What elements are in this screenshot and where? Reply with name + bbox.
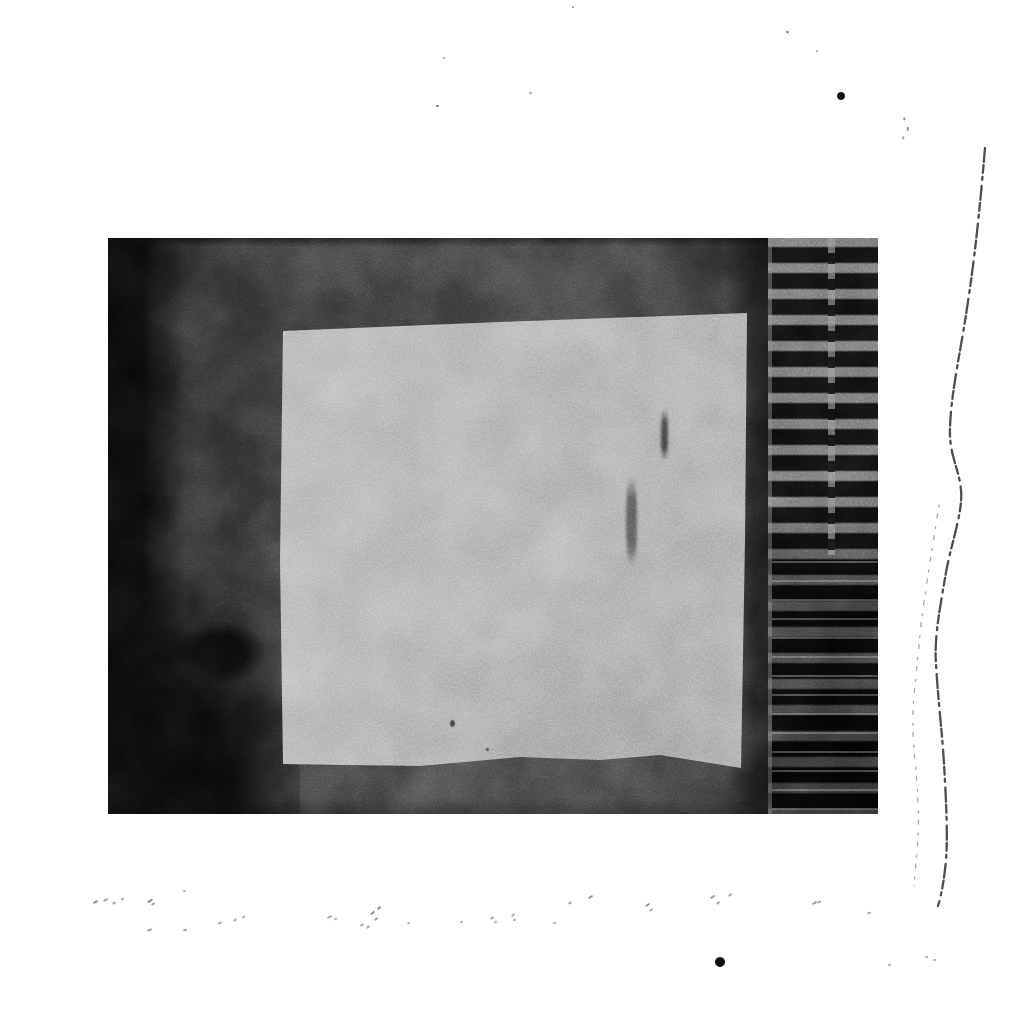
ink-dot xyxy=(837,92,845,100)
scan-speck xyxy=(490,916,494,919)
scan-speck xyxy=(436,105,439,107)
ink-dot xyxy=(715,957,725,967)
scan-speck xyxy=(816,50,818,52)
scan-speck xyxy=(121,898,124,901)
crease-main-line xyxy=(936,148,985,906)
scan-speck xyxy=(568,901,572,904)
scan-speck xyxy=(902,136,904,139)
scan-speck xyxy=(903,117,905,120)
shadow-blob xyxy=(171,620,267,686)
brick-pattern-region xyxy=(768,238,878,814)
scan-speck xyxy=(112,901,116,904)
scan-speck xyxy=(93,900,98,904)
scan-speck xyxy=(494,920,497,923)
scan-speck xyxy=(867,911,871,914)
scan-speck xyxy=(728,893,732,897)
scan-speck xyxy=(242,915,245,918)
panel-speck xyxy=(450,720,455,727)
scan-speck xyxy=(716,901,720,905)
scan-speck xyxy=(218,921,222,924)
smudge-mark xyxy=(626,476,637,566)
scan-speck xyxy=(888,964,891,966)
scan-speck xyxy=(360,923,364,926)
scan-speck xyxy=(374,917,378,921)
scan-speck xyxy=(233,918,237,921)
scan-speck xyxy=(183,929,187,932)
scan-speck xyxy=(588,895,593,899)
scan-speck xyxy=(710,895,715,899)
scan-speck xyxy=(645,903,650,907)
scan-speck xyxy=(649,908,653,911)
scan-speck xyxy=(817,900,821,903)
scan-speck xyxy=(327,915,332,919)
scan-speck xyxy=(513,918,516,921)
panel-speck xyxy=(486,748,489,751)
scan-speck xyxy=(786,31,789,34)
crease-faint-line xyxy=(913,505,939,886)
scan-speck xyxy=(460,921,463,923)
scan-speck xyxy=(933,959,936,961)
bottom-left-shadow-region xyxy=(108,570,300,814)
scan-speck xyxy=(183,890,186,892)
scan-speck xyxy=(366,925,370,929)
scan-speck xyxy=(370,911,375,915)
scan-speck xyxy=(334,917,337,920)
scan-speck xyxy=(511,913,515,916)
scanned-page: { "page": { "background_color": "#ffffff… xyxy=(0,0,1017,1017)
scan-speck xyxy=(925,956,928,958)
scan-speck xyxy=(572,6,574,8)
smudge-mark xyxy=(661,408,668,462)
scan-speck xyxy=(529,92,532,94)
scan-speck xyxy=(103,898,108,902)
scanned-photograph xyxy=(108,238,878,814)
scan-speck xyxy=(377,906,381,910)
scan-speck xyxy=(151,902,155,905)
scan-speck xyxy=(907,127,909,131)
scan-speck xyxy=(147,928,152,931)
scan-speck xyxy=(443,57,445,59)
scan-speck xyxy=(407,922,410,925)
scan-speck xyxy=(553,922,556,925)
